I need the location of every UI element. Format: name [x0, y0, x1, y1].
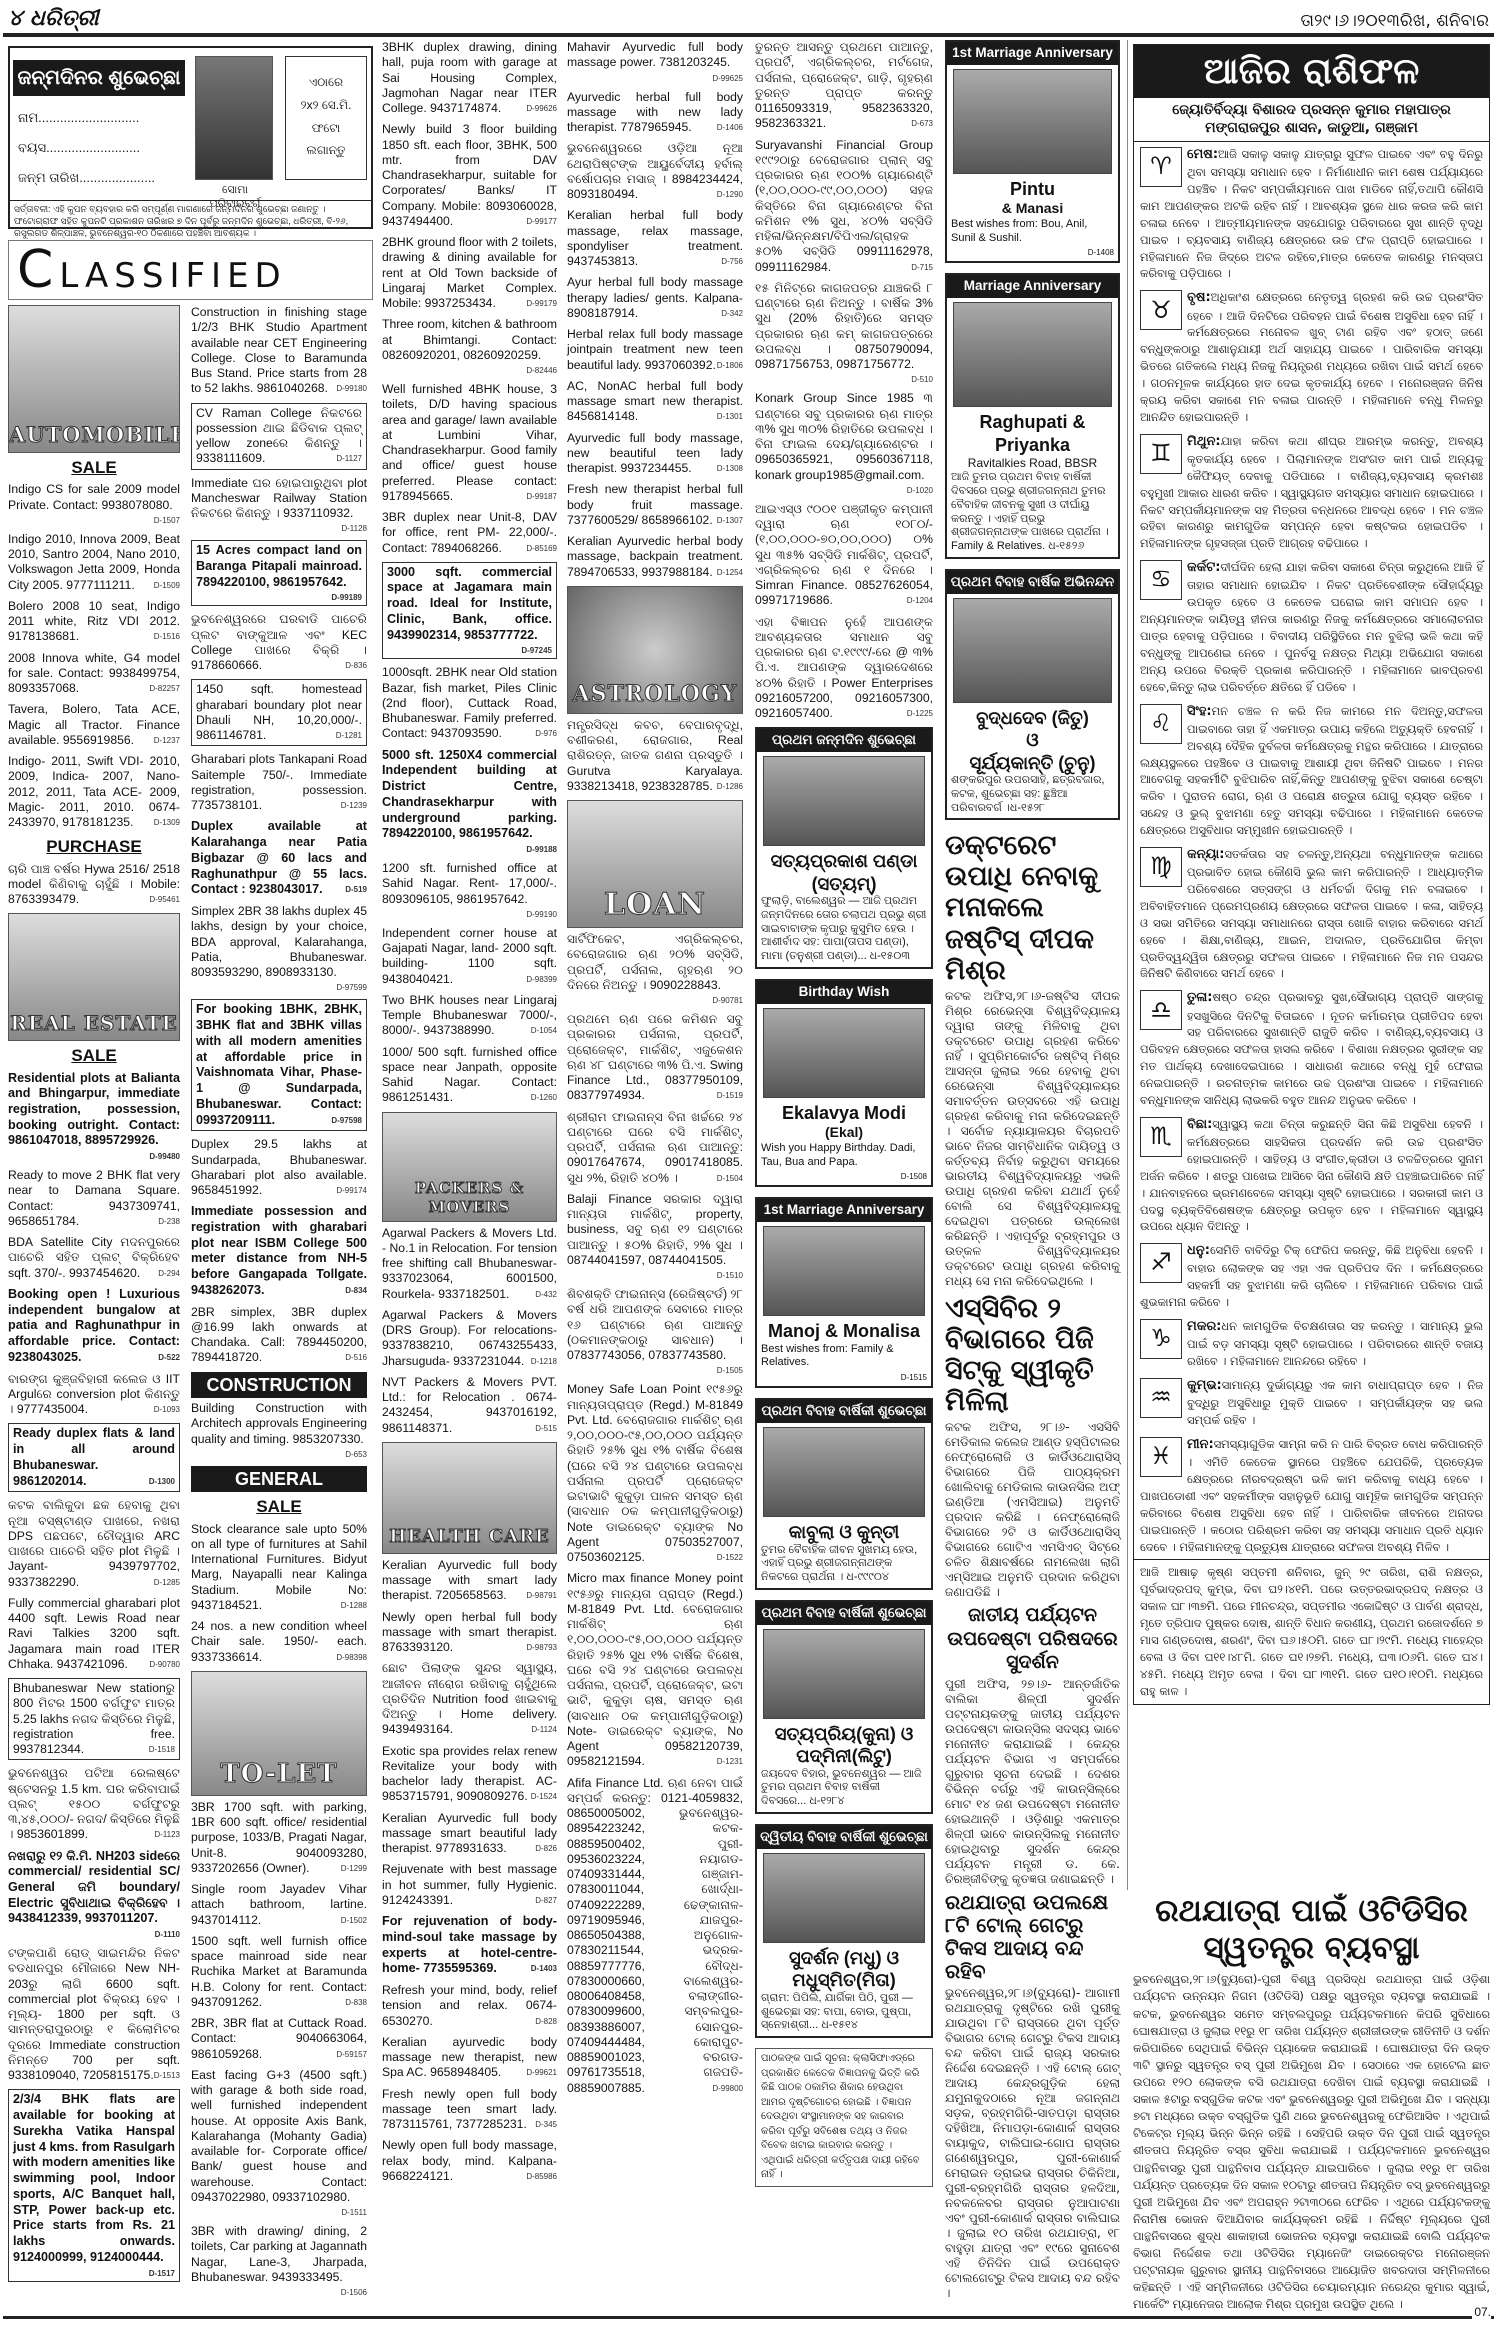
column-news: 1st Marriage Anniversary Pintu & Manasi …	[945, 40, 1120, 2305]
sign-name: ମେଷ:	[1187, 147, 1218, 162]
classified-ad: Simplex 2BR 38 lakhs duplex 45 lakhs, de…	[191, 904, 367, 993]
news-stories: ଡକ୍ଟରେଟ ଉପାଧି ନେବାକୁ ମନାକଲେ ଜଷ୍ଟିସ୍ ଦୀପକ…	[945, 830, 1120, 2301]
ad-code: D-99174	[336, 1186, 367, 1196]
classified-ad: Micro max finance Money point ୧୯୫୬ରୁ ମାନ…	[567, 1571, 743, 1769]
ad-code: D-1502	[341, 1916, 367, 1926]
age-field: ବୟସ..........................	[18, 140, 140, 156]
zodiac-icon: ♈	[1140, 147, 1182, 187]
ad-code: D-1225	[907, 709, 933, 719]
classified-ad: 3BHK duplex drawing, dining hall, puja r…	[382, 40, 557, 116]
real-estate-image: REAL ESTATE	[8, 913, 180, 1041]
ad-text: East facing G+3 (4500 sqft.) with garage…	[191, 2068, 367, 2204]
classified-ad: 2008 Innova white, G4 model for sale. Co…	[8, 651, 180, 697]
ad-code: D-85169	[526, 544, 557, 554]
birthday-coupon: ଜନ୍ମଦିନର ଶୁଭେଚ୍ଛା ନାମ...................…	[8, 46, 373, 229]
ad-text: 3BR with drawing/ dining, 2 toilets, Car…	[191, 2224, 367, 2284]
ad-text: For booking 1BHK, 2BHK, 3BHK flat and 3B…	[196, 1002, 362, 1126]
ad-code: D-1218	[531, 1357, 557, 1367]
ad-code: D-1288	[341, 1601, 367, 1611]
sign-text: ସମସ୍ୟାଗୁଡିକ ସାମ୍ନା କରି ନ ପାରି ବିବ୍ରତ ବୋଧ…	[1140, 1437, 1483, 1554]
ad-code: D-99625	[712, 74, 743, 84]
horo-sign: ♐ଧନୁ:ସେମିତି ବାବିଦିରୁ ଟିକ୍ ଫେରିପ କରନ୍ତୁ, …	[1134, 1238, 1489, 1314]
classified-ad: Keralian herbal full body massage, relax…	[567, 208, 743, 269]
ad-code: D-99800	[712, 2084, 743, 2094]
general-sale-heading: SALE	[191, 1496, 367, 1517]
ad-text: Afifa Finance Ltd. ଋଣ ନେବା ପାଇଁ ସମ୍ପର୍କ …	[567, 1776, 743, 2095]
ad-code: D-98791	[526, 1591, 557, 1601]
dob-field: ଜନ୍ମ ତାରିଖ.....................	[18, 170, 155, 186]
zodiac-icon: ♐	[1140, 1243, 1182, 1283]
ad-text: Money Safe Loan Point ୧୯୫୬ରୁ ମାନ୍ୟତାପ୍ରା…	[567, 1382, 743, 1564]
sign-text: ଦୀର୍ଘଦିନ ହେଲା ଯାହା କରିବା ସକାଶେ ଚିନ୍ତା କର…	[1140, 560, 1483, 693]
coupon-terms: ସର୍ତ୍ତାବଳୀ: ଏହି କୁପନ ବ୍ୟବହାର କରି ସମ୍ପୂର୍…	[10, 200, 371, 227]
ad-text: 5000 sft. 1250X4 commercial Independent …	[382, 748, 557, 841]
sign-text: ଷଷ୍ଠ ଚନ୍ଦ୍ର ପ୍ରଭାବରୁ ସୁଖ,ସୌଭାଗ୍ୟ ପ୍ରାପ୍ତ…	[1140, 990, 1483, 1107]
construction-heading: CONSTRUCTION	[191, 1372, 367, 1399]
panjika-almanac: ଆଜି ଆଷାଢ଼ କୃଷ୍ଣ ସପ୍ତମୀ ଶନିବାର, ଜୁନ୍ ୨୯ ତ…	[1134, 1559, 1489, 1705]
greeting-name: Raghupati & Priyanka	[947, 411, 1118, 456]
classified-ad: 1200 sft. furnished office at Sahid Naga…	[382, 861, 557, 920]
ad-code: D-99180	[336, 384, 367, 394]
greeting-title: ପ୍ରଥମ ବିବାହ ବାର୍ଷିକ ଅଭିନନ୍ଦନ	[947, 571, 1118, 594]
classified-ad: 24 nos. a new condition wheel Chair sale…	[191, 1619, 367, 1665]
name-field: ନାମ............................	[18, 110, 139, 126]
ad-code: D-97599	[336, 983, 367, 993]
general-heading: GENERAL	[191, 1466, 367, 1493]
column-divider	[1127, 40, 1128, 1890]
ad-text: 1200 sft. furnished office at Sahid Naga…	[382, 861, 557, 906]
sign-text: ଆଜି ସକାଳୁ ସକାଳୁ ଯାତ୍ରାରୁ ସୁଫଳ ପାଇବେ ଏବଂ …	[1140, 147, 1483, 280]
classified-ad: Fresh new therapist herbal full body fru…	[567, 482, 743, 528]
health-care-image: HEALTH CARE	[382, 1442, 557, 1554]
classified-ad: Indigo- 2011, Swift VDI- 2010, 2009, Ind…	[8, 754, 180, 830]
sign-text: ଧନ କାମଗୁଡିକ ବିଚକ୍ଷଣତାର ସହ କରନ୍ତୁ । ସାମାନ…	[1187, 1319, 1483, 1368]
ad-code: D-826	[535, 1844, 557, 1854]
horo-sign: ♒କୁମ୍ଭ:ସାମାନ୍ୟ ଦୁର୍ଭାଗ୍ୟରୁ ଏକ କାମ ବାଧାପ୍…	[1134, 1373, 1489, 1432]
sign-text: ସ୍ୱାସ୍ଥ୍ୟ କଥା ଚିନ୍ତା କରୁଛନ୍ତି ସିନା କିଛି …	[1140, 1117, 1483, 1234]
ad-text: Konark Group Since 1985 ୩ ଘଣ୍ଟାରେ ସବୁ ପ୍…	[755, 391, 933, 481]
classified-ad: ଭୁବନେଶ୍ୱର ପଟିଆ ରେଲଷ୍ଟେ ଷ୍ଟେସନରୁ 1.5 km. …	[8, 1766, 180, 1842]
classified-ad: 1450 sqft. homestead gharabari boundary …	[191, 679, 367, 746]
greeting-message: Best wishes from: Family & Relatives.	[757, 1343, 931, 1374]
ad-code: D-1300	[149, 1477, 175, 1487]
ad-code: D-1518	[149, 1745, 175, 1755]
classified-ad: AC, NonAC herbal full body massage smart…	[567, 379, 743, 425]
ad-text: Rejuvenate with best massage in hot summ…	[382, 1862, 557, 1907]
ad-code: D-756	[721, 257, 743, 267]
greeting-ad: ପ୍ରଥମ ଜନ୍ମଦିନ ଶୁଭେଚ୍ଛା ସତ୍ୟପ୍ରକାଶ ପଣ୍ଡା …	[755, 727, 933, 969]
greeting-title: ପ୍ରଥମ ବିବାହ ବାର୍ଷିକୀ ଶୁଭେଚ୍ଛା	[757, 1602, 931, 1625]
ad-code: D-1524	[531, 1792, 557, 1802]
ad-text: ଭୁବନେଶ୍ୱରରେ ଘରବାଡି ପାଚେରି ପ୍ଲଟ ବାଙ୍କୁଆଳ …	[191, 612, 367, 672]
ad-code: D-1110	[155, 1930, 180, 1940]
greeting-photo	[763, 1427, 925, 1517]
astrology-image: ASTROLOGY	[567, 586, 743, 714]
greeting-name: Pintu	[947, 178, 1118, 201]
ad-text: 1500 sqft. well furnish office space mai…	[191, 1934, 367, 2009]
story-headline: ଜାତୀୟ ପର୍ଯ୍ୟଟନ ଉପଦେଷ୍ଟା ପରିଷଦରେ ସୁଦର୍ଶନ	[945, 1604, 1120, 1675]
ad-code: D-838	[345, 1998, 367, 2008]
ad-code: D-1511	[341, 2208, 367, 2218]
ad-code: D-238	[158, 1217, 180, 1227]
ad-code: D-1309	[154, 818, 180, 828]
ad-code: D-653	[345, 1450, 367, 1460]
ad-code: D-510	[911, 375, 933, 385]
footer-page-number: 07.	[1472, 2305, 1491, 2320]
classified-ad: Duplex available at Kalarahanga near Pat…	[191, 819, 367, 898]
classified-ad: ସାର୍ଟିଫିକେଟ, ଏଗ୍ରିକଲ୍ଚର, ବେରୋଜଗାର ଋଣ ୨୦%…	[567, 932, 743, 1006]
ad-text: ସାର୍ଟିଫିକେଟ, ଏଗ୍ରିକଲ୍ଚର, ବେରୋଜଗାର ଋଣ ୨୦%…	[567, 932, 743, 992]
classified-ad: Duplex 29.5 lakhs at Sundarpada, Bhubane…	[191, 1137, 367, 1198]
classified-ad: For rejuvenation of body-mind-soul take …	[382, 1914, 557, 1977]
ad-text: Stock clearance sale upto 50% on all typ…	[191, 1522, 367, 1612]
ad-code: D-99187	[526, 492, 557, 502]
greeting-title: ଦ୍ୱିତୀୟ ବିବାହ ବାର୍ଷିକୀ ଶୁଭେଚ୍ଛା	[757, 1826, 931, 1849]
ad-code: D-294	[158, 1269, 180, 1279]
ad-code: D-1054	[531, 1026, 557, 1036]
greeting-title: ପ୍ରଥମ ବିବାହ ବାର୍ଷିକୀ ଶୁଭେଚ୍ଛା	[757, 1400, 931, 1423]
ad-code: D-834	[345, 1286, 367, 1296]
ad-code: D-522	[158, 1353, 180, 1363]
ad-text: ତୁରନ୍ତ ଆସନ୍ତୁ ପ୍ରଥମେ ପାଆନ୍ତୁ, ପ୍ରପର୍ଟି, …	[755, 40, 933, 130]
auto-sale-heading: SALE	[8, 457, 180, 478]
ad-code: D-1507	[154, 516, 180, 526]
ad-code: D-1506	[341, 2288, 367, 2298]
classified-ad: Newly build 3 floor building 1850 sft. e…	[382, 122, 557, 229]
ad-code: D-1020	[907, 486, 933, 496]
sign-name: କର୍କଟ:	[1187, 560, 1220, 575]
photo-placeholder-box: ଏଠାରେ ୨x୨ ସେ.ମି. ଫଟୋ ଲଗାନ୍ତୁ	[285, 56, 367, 180]
ad-code: D-1124	[531, 1725, 557, 1735]
story-body: କଟକ ଅଫିସ, ୨୮।୬- ଏସସିବି ମେଡିକାଲ କଲେଜ ଆଣ୍ଡ…	[945, 1420, 1120, 1600]
astrologer-byline: ଜ୍ୟୋତିର୍ବିଦ୍ୟା ବିଶାରଦ ପ୍ରସନ୍ନ କୁମାର ମହାପ…	[1134, 98, 1489, 142]
lead-story: ରଥଯାତ୍ରା ପାଇଁ ଓଟିଡିସିର ସ୍ୱତନ୍ତ୍ର ବ୍ୟବସ୍ଥ…	[1133, 1893, 1490, 2314]
sign-text: ସାମାନ୍ୟ ଦୁର୍ଭାଗ୍ୟରୁ ଏକ କାମ ବାଧାପ୍ରାପ୍ତ ହ…	[1187, 1378, 1483, 1427]
classified-ad: କଟକ ବାଲିକୁଦା ଛକ ହେବାକୁ ଥିବା ନୂଆ ବସ୍ଷ୍ଟାଣ…	[8, 1498, 180, 1590]
bottom-rule	[3, 2316, 1494, 2319]
ad-text: Booking open ! Luxurious independent bun…	[8, 1287, 180, 1364]
zodiac-icon: ♓	[1140, 1437, 1182, 1477]
classified-ad: ଏହା ବିଜ୍ଞାପନ ନୁହେଁ ଆପଣଙ୍କ ଆବଶ୍ୟକତାର ସମାଧ…	[755, 615, 933, 722]
zodiac-icon: ♍	[1140, 847, 1182, 887]
classified-ad: 2/3/4 BHK flats are available for bookin…	[8, 2089, 180, 2281]
ad-code: D-98398	[336, 1653, 367, 1663]
ad-code: D-1519	[717, 1091, 743, 1101]
sign-text: ଅଧିକାଂଶ କ୍ଷେତ୍ରରେ ନେତୃତ୍ୱ ଗ୍ରହଣ କରି ଉଚ୍ଚ…	[1140, 290, 1483, 423]
ad-code: D-1504	[717, 1174, 743, 1184]
ad-text: BDA Satellite City ମଦନପୁରରେ ପାଚେରି ସହିତ …	[8, 1235, 180, 1280]
ad-text: 3000 sqft. commercial space at Jagamara …	[387, 565, 552, 642]
greeting-name: Ekalavya Modi	[757, 1102, 931, 1125]
ad-text: Balaji Finance ସରକାର ଦ୍ୱାରା ମାନ୍ୟତା ମାର୍…	[567, 1192, 743, 1267]
horo-sign: ♉ବୃଷ:ଅଧିକାଂଶ କ୍ଷେତ୍ରରେ ନେତୃତ୍ୱ ଗ୍ରହଣ କରି…	[1134, 285, 1489, 428]
ad-text: 2BR simplex, 3BR duplex @16.99 lakh onwa…	[191, 1305, 367, 1365]
horo-sign: ♑ମକର:ଧନ କାମଗୁଡିକ ବିଚକ୍ଷଣତାର ସହ କରନ୍ତୁ । …	[1134, 1314, 1489, 1373]
classified-ad: Construction in finishing stage 1/2/3 BH…	[191, 305, 367, 397]
classified-ad: Fully commercial gharabari plot 4400 sqf…	[8, 1596, 180, 1672]
top-rule	[3, 33, 1494, 37]
horo-sign: ♊ମିଥୁନ:ଯାହା କରିବା କଥା ଶୀଘ୍ର ଆରମ୍ଭ କରନ୍ତୁ…	[1134, 429, 1489, 555]
classified-ad: ଚାରି ପାଞ୍ଚ ବର୍ଷର Hywa 2516/ 2518 model କ…	[8, 862, 180, 908]
classified-ad: Booking open ! Luxurious independent bun…	[8, 1287, 180, 1366]
ad-text: Micro max finance Money point ୧୯୫୬ରୁ ମାନ…	[567, 1571, 743, 1768]
ad-text: ଟଙ୍କପାଣି ରୋଡ୍ ସାଇମନ୍ଦିର ନିକଟ ବଡଧାନପୁର ମୌ…	[8, 1946, 180, 2082]
classified-ad: ଟଙ୍କପାଣି ରୋଡ୍ ସାଇମନ୍ଦିର ନିକଟ ବଡଧାନପୁର ମୌ…	[8, 1946, 180, 2083]
greeting-title: ପ୍ରଥମ ଜନ୍ମଦିନ ଶୁଭେଚ୍ଛା	[757, 729, 931, 752]
classified-ad: ମନ୍ତ୍ରସିଦ୍ଧ କବଚ, ବେପାରବୃଦ୍ଧି, ବଶୀକରଣ, ରୋ…	[567, 718, 743, 794]
greeting-ad: ଦ୍ୱିତୀୟ ବିବାହ ବାର୍ଷିକୀ ଶୁଭେଚ୍ଛା ସୁଦର୍ଶନ …	[755, 1824, 933, 2038]
page-number-title: ୪ ଧରିତ୍ରୀ	[8, 5, 99, 33]
ad-text: 1000sqft. 2BHK near Old station Bazar, f…	[382, 665, 557, 740]
classified-ad: For booking 1BHK, 2BHK, 3BHK flat and 3B…	[191, 999, 367, 1131]
classified-ad: ତୁରନ୍ତ ଆସନ୍ତୁ ପ୍ରଥମେ ପାଆନ୍ତୁ, ପ୍ରପର୍ଟି, …	[755, 40, 933, 132]
classified-ad: 1000/ 500 sqft. furnished office space n…	[382, 1045, 557, 1106]
ad-text: Newly build 3 floor building 1850 sft. e…	[382, 122, 557, 228]
ad-code: D-976	[535, 729, 557, 739]
greeting-name: ସତ୍ୟପ୍ରିୟ(କୁନା) ଓ ପଦ୍ମିନୀ(ଲିଟୁ)	[757, 1723, 931, 1768]
zodiac-icon: ♊	[1140, 434, 1182, 474]
classified-ad: Bhubaneswar New stationରୁ 800 ମିଟର 1500 …	[8, 1678, 180, 1760]
classified-ad: Exotic spa provides relax renew Revitali…	[382, 1744, 557, 1805]
horo-sign: ♓ମୀନ:ସମସ୍ୟାଗୁଡିକ ସାମ୍ନା କରି ନ ପାରି ବିବ୍ର…	[1134, 1432, 1489, 1558]
greeting-name: ବୁଦ୍ଧଦେବ (ଜିତୁ) ଓ ସୂର୍ଯ୍ୟକାନ୍ତି (ଚୁନୁ)	[947, 707, 1118, 775]
classified-ad: Keralian Ayurvedic herbal body massage, …	[567, 534, 743, 580]
classified-ad: Immediate ଘର ହୋଇପାରୁଥିବା plot Mancheswar…	[191, 476, 367, 535]
ad-code: D-90780	[149, 1660, 180, 1670]
ad-code: D-90781	[712, 996, 743, 1006]
greeting-title: Birthday Wish	[757, 981, 931, 1004]
ad-code: D-85986	[526, 2172, 557, 2182]
classified-ad: 3000 sqft. commercial space at Jagamara …	[382, 562, 557, 660]
classified-ad: 2BR simplex, 3BR duplex @16.99 lakh onwa…	[191, 1305, 367, 1366]
classified-ad: Newly open full body massage, relax body…	[382, 2138, 557, 2184]
sign-text: ଯାହା କରିବା କଥା ଶୀଘ୍ର ଆରମ୍ଭ କରନ୍ତୁ, ଅବଶ୍ୟ…	[1140, 434, 1483, 551]
classified-ad: ଭୁବନେଶ୍ୱରରେ ଓଡ଼ିଆ ନୂଆ ଥେରାପିଷ୍ଟଙ୍କ ଆୟୁର୍…	[567, 141, 743, 202]
greeting-photo	[763, 1008, 925, 1098]
horo-sign: ♍କନ୍ୟା:ସତର୍କତାର ସହ ଚଳନ୍ତୁ,ଅନ୍ୟଥା ବନ୍ଧୁମା…	[1134, 842, 1489, 985]
story-body: ପୁରୀ ଅଫିସ, ୨୭।୬- ଆନ୍ତର୍ଜାତିକ ବାଲିକା ଶିଳ୍…	[945, 1677, 1120, 1887]
story-headline: ଏସ୍ସିବିର ୨ ବିଭାଗରେ ପିଜି ସିଟ୍କୁ ସ୍ୱୀକୃତି …	[945, 1293, 1120, 1417]
ad-text: Simplex 2BR 38 lakhs duplex 45 lakhs, de…	[191, 904, 367, 979]
ad-text: Mahavir Ayurvedic full body massage powe…	[567, 40, 743, 69]
classified-ad: Immediate possession and registration wi…	[191, 1204, 367, 1298]
sign-name: କନ୍ୟା:	[1187, 847, 1224, 862]
ad-code: D-1281	[336, 731, 362, 741]
ad-text: Well furnished 4BHK house, 3 toilets, D/…	[382, 382, 557, 503]
classified-ad: 2BHK ground floor with 2 toilets, drawin…	[382, 235, 557, 311]
classified-ad: NVT Packers & Movers PVT. Ltd.: for Relo…	[382, 1375, 557, 1436]
ad-code: D-98793	[526, 1643, 557, 1653]
classified-ad: Ayur herbal full body massage therapy la…	[567, 275, 743, 321]
greeting-title: Marriage Anniversary	[947, 275, 1118, 298]
classified-ad: 1500 sqft. well furnish office space mai…	[191, 1934, 367, 2010]
ad-code: D-345	[535, 2120, 557, 2130]
re-sale-heading: SALE	[8, 1045, 180, 1066]
classified-ad: 5000 sft. 1250X4 commercial Independent …	[382, 748, 557, 855]
classified-ad: Keralian Ayurvedic full body massage wit…	[382, 1558, 557, 1604]
ad-text: ଆଇଏସ୍ଓ ୯୦୦୧ ପଞ୍ଜୀକୃତ କମ୍ପାନୀ ଦ୍ୱାରା ଋଣ ୧…	[755, 502, 933, 608]
ad-code: D-1510	[717, 1271, 743, 1281]
ad-code: D-99626	[526, 104, 557, 114]
ad-text: Building Construction with Architech app…	[191, 1401, 367, 1446]
classified-ad: Balaji Finance ସରକାର ଦ୍ୱାରା ମାନ୍ୟତା ମାର୍…	[567, 1192, 743, 1281]
zodiac-icon: ♏	[1140, 1117, 1182, 1157]
ad-code: D-519	[345, 885, 367, 895]
ad-text: Ayur herbal full body massage therapy la…	[567, 275, 743, 320]
ad-code: D-1522	[717, 1553, 743, 1563]
ad-code: D-836	[345, 661, 367, 671]
ad-code: D-1406	[717, 123, 743, 133]
ad-text: Immediate possession and registration wi…	[191, 1204, 367, 1297]
classified-ad: Konark Group Since 1985 ୩ ଘଣ୍ଟାରେ ସବୁ ପ୍…	[755, 391, 933, 496]
ad-code: D-99189	[331, 593, 362, 603]
greeting-place: Ravitalkies Road, BBSR	[947, 456, 1118, 471]
masthead: ୪ ଧରିତ୍ରୀ ତା୨୯।୬।୨୦୧୩ରିଖ, ଶନିବାର	[8, 4, 1489, 32]
story-body: ଭୁବନେଶ୍ୱର,୨୮।୬(ବ୍ୟୁରୋ)- ଆଗାମୀ ରଥଯାତ୍ରାକୁ…	[945, 1986, 1120, 2301]
classified-ad: Ready duplex flats & land in all around …	[8, 1423, 180, 1492]
classified-ad: East facing G+3 (4500 sqft.) with garage…	[191, 2068, 367, 2218]
horo-sign: ♈ମେଷ:ଆଜି ସକାଳୁ ସକାଳୁ ଯାତ୍ରାରୁ ସୁଫଳ ପାଇବେ…	[1134, 142, 1489, 285]
greeting-title: 1st Marriage Anniversary	[947, 42, 1118, 65]
zodiac-icon: ♎	[1140, 990, 1182, 1030]
ad-code: D-1299	[341, 1864, 367, 1874]
ad-code: D-1254	[717, 568, 743, 578]
ad-code: D-516	[345, 1353, 367, 1363]
zodiac-icon: ♋	[1140, 560, 1182, 600]
greeting-message: Wish you Happy Birthday. Dadi, Tau, Bua …	[757, 1142, 931, 1173]
horo-sign: ♋କର୍କଟ:ଦୀର୍ଘଦିନ ହେଲା ଯାହା କରିବା ସକାଶେ ଚି…	[1134, 555, 1489, 698]
ad-code: D-1127	[336, 454, 362, 464]
zodiac-icon: ♉	[1140, 290, 1182, 330]
ad-text: ନଖରାରୁ ୧୨ କି.ମି. NH203 sideରେ commercial…	[8, 1849, 180, 1926]
greeting-photo	[953, 302, 1112, 407]
ad-text: Keralian Ayurvedic full body massage sma…	[382, 1811, 557, 1856]
sample-photo	[195, 56, 273, 180]
greeting-message: ଜୟଦେବ ବିହାର, ଭୁବନେଶ୍ୱର — ଆଜି ତୁମର ପ୍ରଥମ …	[757, 1768, 931, 1812]
sign-name: ବୃଷ:	[1187, 290, 1211, 305]
ad-code: D-99179	[526, 299, 557, 309]
story-body: କଟକ ଅଫିସ,୨୮।୬-ଜଷ୍ଟିସ ଦୀପକ ମିଶ୍ର ରେଭେନ୍ସା…	[945, 989, 1120, 1289]
story-headline: ଡକ୍ଟରେଟ ଉପାଧି ନେବାକୁ ମନାକଲେ ଜଷ୍ଟିସ୍ ଦୀପକ…	[945, 830, 1120, 985]
classified-ad: 15 Acres compact land on Baranga Pitapal…	[191, 540, 367, 606]
classified-ad: 2BR, 3BR flat at Cuttack Road. Contact: …	[191, 2016, 367, 2062]
ad-code: D-673	[911, 119, 933, 129]
packers-movers-image: PACKERS & MOVERS	[382, 1112, 557, 1222]
sign-name: ମୀନ:	[1187, 1437, 1214, 1452]
sign-name: କୁମ୍ଭ:	[1187, 1378, 1222, 1393]
ad-text: ଏହା ବିଜ୍ଞାପନ ନୁହେଁ ଆପଣଙ୍କ ଆବଶ୍ୟକତାର ସମାଧ…	[755, 615, 933, 721]
classified-ad: Independent corner house at Gajapati Nag…	[382, 926, 557, 987]
ad-code: D-99177	[526, 217, 557, 227]
issue-date: ତା୨୯।୬।୨୦୧୩ରିଖ, ଶନିବାର	[1300, 11, 1489, 32]
greeting-code: D-1408	[947, 248, 1118, 261]
greeting-message: Best wishes from: Bou, Anil, Sunil & Sus…	[947, 218, 1118, 249]
sign-text: ମନ ଚଞ୍ଚଳ ନ କରି ନିଜ କାମରେ ମନ ଦିଅନ୍ତୁ,ସଫଳତ…	[1140, 704, 1483, 837]
ad-code: D-1307	[717, 516, 743, 526]
horo-sign: ♌ସିଂହ:ମନ ଚଞ୍ଚଳ ନ କରି ନିଜ କାମରେ ମନ ଦିଅନ୍ତ…	[1134, 699, 1489, 842]
ad-text: 2/3/4 BHK flats are available for bookin…	[13, 2092, 175, 2263]
classified-ad: Two BHK houses near Lingaraj Temple Bhub…	[382, 993, 557, 1039]
ad-code: D-1128	[341, 524, 367, 534]
ad-code: D-1204	[907, 596, 933, 606]
classified-ad: ବାରଙ୍ଗ କୁଞ୍ଜବିହାରୀ କଲେଜ ଓ IIT Argulରେ co…	[8, 1372, 180, 1418]
ad-code: D-1239	[341, 801, 367, 811]
sign-name: ସିଂହ:	[1187, 704, 1212, 719]
greeting-alias: (Ekal)	[757, 1124, 931, 1142]
ad-code: D-1516	[154, 632, 180, 642]
greeting-code: D-1508	[757, 1172, 931, 1185]
ad-code: D-1093	[154, 1405, 180, 1415]
ad-text: ଶିବଶକ୍ତି ଫାଇନାନ୍ସ (ରେଜିଷ୍ଟର୍ଡ) ୨୮ ବର୍ଷ ଧ…	[567, 1287, 743, 1362]
classified-ad: BDA Satellite City ମଦନପୁରରେ ପାଚେରି ସହିତ …	[8, 1235, 180, 1281]
ad-code: D-1285	[154, 1578, 180, 1588]
column-automobile-realestate: AUTOMOBILE SALE Indigo CS for sale 2009 …	[8, 305, 180, 2288]
sign-name: ମକର:	[1187, 1319, 1221, 1334]
ad-text: NVT Packers & Movers PVT. Ltd.: for Relo…	[382, 1375, 557, 1435]
classified-ad: Residential plots at Balianta and Bhinga…	[8, 1071, 180, 1163]
classified-ad: ନଖରାରୁ ୧୨ କି.ମି. NH203 sideରେ commercial…	[8, 1849, 180, 1941]
ad-code: D-342	[721, 309, 743, 319]
ad-code: D-82257	[149, 684, 180, 694]
ad-code: D-1509	[154, 581, 180, 591]
greeting-name: କାବୁଲା ଓ କୁନ୍ତୀ	[757, 1521, 931, 1544]
classified-ad: Indigo 2010, Innova 2009, Beat 2010, San…	[8, 532, 180, 593]
greeting-name: Manoj & Monalisa	[757, 1320, 931, 1343]
banner-initial: C	[17, 240, 59, 300]
ad-code: D-1237	[154, 736, 180, 746]
classified-ad: Gharabari plots Tankapani Road Saitemple…	[191, 752, 367, 813]
ad-code: D-1286	[717, 782, 743, 792]
ad-code: D-99621	[526, 2068, 557, 2078]
classified-ad: Building Construction with Architech app…	[191, 1401, 367, 1460]
greeting-ad: 1st Marriage Anniversary Pintu & Manasi …	[945, 40, 1120, 263]
classified-ad: Newly open herbal full body massage with…	[382, 1610, 557, 1656]
ad-text: ପ୍ରଥମେ ଋଣ ପରେ କମିଶନ ସବୁ ପ୍ରକାରର ପର୍ସନାଲ,…	[567, 1012, 743, 1102]
horoscope-box: ଆଜିର ରାଶିଫଳ ଜ୍ୟୋତିର୍ବିଦ୍ୟା ବିଶାରଦ ପ୍ରସନ୍…	[1133, 44, 1490, 1705]
classified-ad: Rejuvenate with best massage in hot summ…	[382, 1862, 557, 1908]
ad-text: Immediate ଘର ହୋଇପାରୁଥିବା plot Mancheswar…	[191, 476, 367, 521]
classified-ad: Ayurvedic full body massage, new beautif…	[567, 431, 743, 477]
lead-body: ଭୁବନେଶ୍ୱର,୨୮।୬(ବ୍ୟୁରୋ)-ପୁରୀ ବିଶ୍ୱ ପ୍ରସିଦ…	[1133, 1971, 1490, 2313]
classified-ad: 1000sqft. 2BHK near Old station Bazar, f…	[382, 665, 557, 741]
classified-ad: Herbal relax full body massage jointpain…	[567, 327, 743, 373]
greeting-message: ଆଜି ତୁମର ପ୍ରଥମ ବିବାହ ବାର୍ଷିକୀ ଦିବସରେ ପ୍ର…	[947, 471, 1118, 557]
column-property: Construction in finishing stage 1/2/3 BH…	[191, 305, 367, 2304]
classified-ad: Three room, kitchen & bathroom at Bhimta…	[382, 317, 557, 376]
to-let-image: TO-LET	[191, 1671, 367, 1796]
classified-ad: ଶ୍ରୀରାମ ଫାଇନାନ୍ସ ବିନା ଖର୍ଚ୍ଚରେ ୨୪ ଘଣ୍ଟାର…	[567, 1110, 743, 1186]
ad-code: D-98399	[526, 975, 557, 985]
greeting-photo	[953, 69, 1112, 174]
classified-ad: ୧୫ ମିନିଟ୍ରେ କାଗଜପତ୍ର ଯାଞ୍ଚକରି ୮ ଘଣ୍ଟାରେ …	[755, 281, 933, 386]
classified-ad: Well furnished 4BHK house, 3 toilets, D/…	[382, 382, 557, 504]
ad-code: D-59157	[336, 2050, 367, 2060]
classified-ad: Ayurvedic herbal full body massage with …	[567, 90, 743, 136]
classified-ad: Refresh your mind, body, relief tension …	[382, 1983, 557, 2029]
column-finance-greetings: ତୁରନ୍ତ ଆସନ୍ତୁ ପ୍ରଥମେ ପାଆନ୍ତୁ, ପ୍ରପର୍ଟି, …	[755, 40, 933, 2187]
horo-sign: ♎ତୁଳା:ଷଷ୍ଠ ଚନ୍ଦ୍ର ପ୍ରଭାବରୁ ସୁଖ,ସୌଭାଗ୍ୟ ପ…	[1134, 985, 1489, 1111]
classified-ad: 3BR duplex near Unit-8, DAV for office, …	[382, 510, 557, 556]
ad-code: D-1513	[154, 2071, 180, 2081]
ad-code: D-82446	[526, 366, 557, 376]
greeting-photo	[763, 1226, 925, 1316]
greeting-name: ସତ୍ୟପ୍ରକାଶ ପଣ୍ଡା (ସତ୍ୟମ୍)	[757, 850, 931, 895]
classified-ad: ଭୁବନେଶ୍ୱରରେ ଘରବାଡି ପାଚେରି ପ୍ଲଟ ବାଙ୍କୁଆଳ …	[191, 612, 367, 673]
greeting-ad: Birthday Wish Ekalavya Modi (Ekal) Wish …	[755, 979, 933, 1187]
classified-ad: Tavera, Bolero, Tata ACE, Magic all Trac…	[8, 702, 180, 748]
ad-code: D-515	[535, 1424, 557, 1434]
loan-image: LOAN	[567, 800, 743, 928]
